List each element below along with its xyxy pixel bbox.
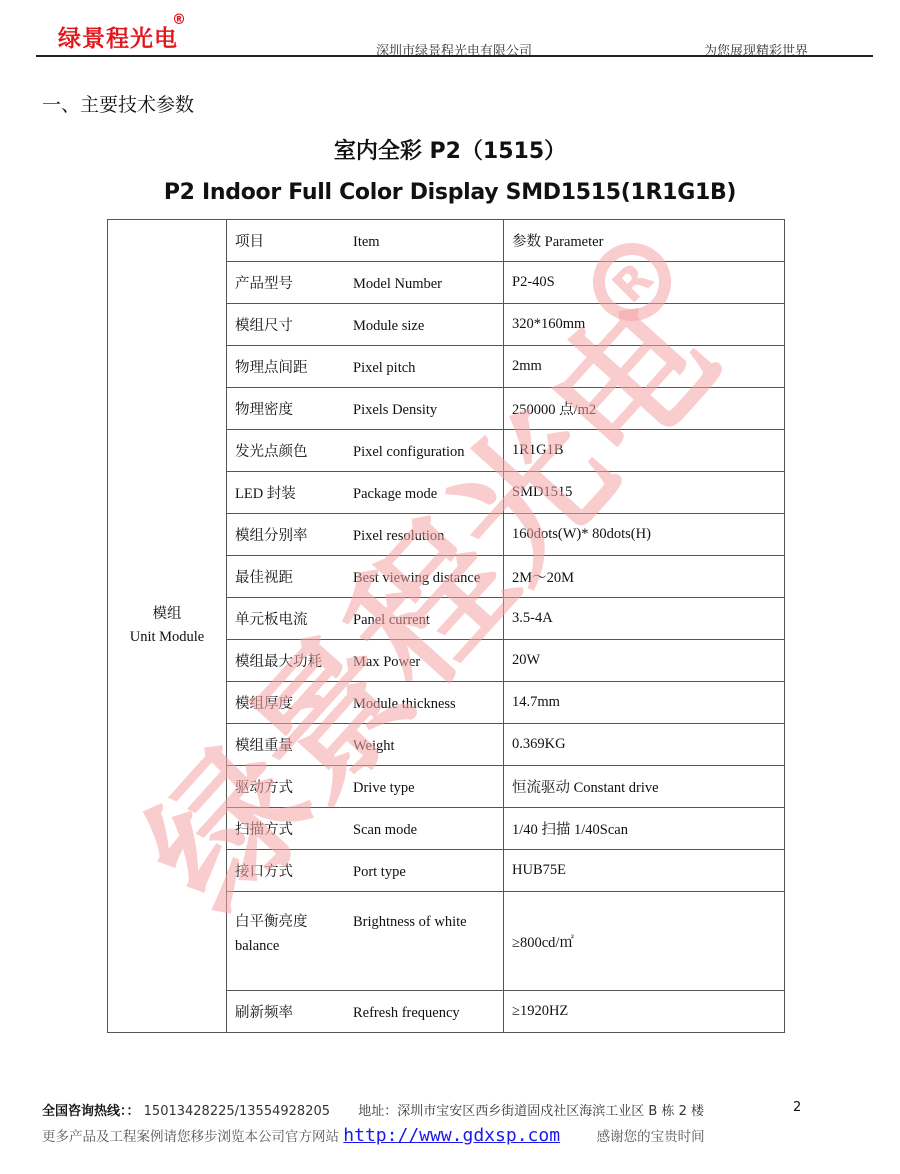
item-cn: 白平衡亮度 xyxy=(227,910,353,934)
item-cn: 模组分别率 xyxy=(227,524,353,545)
item-cell: 模组厚度Module thickness xyxy=(227,682,504,724)
header-divider xyxy=(36,55,873,57)
item-cn: 单元板电流 xyxy=(227,608,353,629)
section-title: 一、主要技术参数 xyxy=(42,90,194,117)
item-en: Package mode xyxy=(353,486,437,503)
header-item-en: Item xyxy=(353,234,380,251)
item-en: Port type xyxy=(353,864,406,881)
value-cell: 1R1G1B xyxy=(504,430,785,472)
item-en: Max Power xyxy=(353,654,420,671)
item-cn: 模组厚度 xyxy=(227,692,353,713)
header-item-cn: 项目 xyxy=(227,230,353,251)
value-cell: 恒流驱动 Constant drive xyxy=(504,766,785,808)
value-cell: ≥800cd/㎡ xyxy=(504,892,785,991)
item-en: Pixel configuration xyxy=(353,444,465,461)
item-en: Weight xyxy=(353,738,395,755)
item-cell: 模组尺寸Module size xyxy=(227,304,504,346)
value-cell: SMD1515 xyxy=(504,472,785,514)
value-cell: 2M～20M xyxy=(504,556,785,598)
item-en: Module size xyxy=(353,318,424,335)
item-cell: 扫描方式Scan mode xyxy=(227,808,504,850)
item-cn: 产品型号 xyxy=(227,272,353,293)
item-extra: balance xyxy=(227,938,279,954)
address-text: 深圳市宝安区西乡街道固戍社区海滨工业区 B 栋 2 楼 xyxy=(397,1104,704,1119)
value-cell: 3.5-4A xyxy=(504,598,785,640)
item-en: Refresh frequency xyxy=(353,1005,460,1022)
company-logo: 绿景程光电 xyxy=(58,20,178,53)
hotline-number: 15013428225/13554928205 xyxy=(144,1104,330,1119)
item-cell: 单元板电流Panel current xyxy=(227,598,504,640)
spec-table: 模组 Unit Module 项目Item 参数 Parameter 产品型号M… xyxy=(107,219,785,1033)
item-cell: 物理点间距Pixel pitch xyxy=(227,346,504,388)
item-cell: 物理密度Pixels Density xyxy=(227,388,504,430)
value-cell: ≥1920HZ xyxy=(504,991,785,1033)
group-label-cn: 模组 xyxy=(108,603,226,626)
item-en: Module thickness xyxy=(353,696,456,713)
footer-website-line: 更多产品及工程案例请您移步浏览本公司官方网站 http://www.gdxsp.… xyxy=(42,1125,705,1146)
value-cell: 1/40 扫描 1/40Scan xyxy=(504,808,785,850)
table-header-row: 模组 Unit Module 项目Item 参数 Parameter xyxy=(108,220,785,262)
item-cell: LED 封装Package mode xyxy=(227,472,504,514)
item-cn: 模组最大功耗 xyxy=(227,650,353,671)
item-cell: 最佳视距Best viewing distance xyxy=(227,556,504,598)
item-en: Pixel pitch xyxy=(353,360,415,377)
page-number: 2 xyxy=(793,1100,801,1115)
thanks-text: 感谢您的宝贵时间 xyxy=(597,1129,705,1145)
registered-mark-icon: ® xyxy=(172,12,186,28)
item-cell: 模组最大功耗Max Power xyxy=(227,640,504,682)
value-cell: 250000 点/m2 xyxy=(504,388,785,430)
product-title-en: P2 Indoor Full Color Display SMD1515(1R1… xyxy=(0,180,900,205)
item-cn: 模组重量 xyxy=(227,734,353,755)
value-cell: 320*160mm xyxy=(504,304,785,346)
item-en: Pixels Density xyxy=(353,402,437,419)
hotline-label: 全国咨询热线：： xyxy=(42,1104,140,1119)
item-cn: LED 封装 xyxy=(227,482,353,503)
website-link[interactable]: http://www.gdxsp.com xyxy=(343,1125,560,1146)
item-cell: 驱动方式Drive type xyxy=(227,766,504,808)
item-cn: 接口方式 xyxy=(227,860,353,881)
item-cn: 发光点颜色 xyxy=(227,440,353,461)
item-en: Scan mode xyxy=(353,822,417,839)
more-info-text: 更多产品及工程案例请您移步浏览本公司官方网站 xyxy=(42,1129,339,1145)
footer-contact: 全国咨询热线：： 15013428225/13554928205 地址：深圳市宝… xyxy=(42,1100,704,1119)
product-title-cn: 室内全彩 P2（1515） xyxy=(0,134,900,165)
header-value-cell: 参数 Parameter xyxy=(504,220,785,262)
item-cn: 物理密度 xyxy=(227,398,353,419)
item-cell: 刷新频率Refresh frequency xyxy=(227,991,504,1033)
item-en: Panel current xyxy=(353,612,430,629)
item-cell: 模组分别率Pixel resolution xyxy=(227,514,504,556)
item-cn: 扫描方式 xyxy=(227,818,353,839)
group-label-cell: 模组 Unit Module xyxy=(108,220,227,1033)
item-cell: 接口方式Port type xyxy=(227,850,504,892)
item-cell: 白平衡亮度Brightness of whitebalance xyxy=(227,892,504,991)
item-en: Pixel resolution xyxy=(353,528,444,545)
value-cell: 14.7mm xyxy=(504,682,785,724)
item-cell: 模组重量Weight xyxy=(227,724,504,766)
group-label-en: Unit Module xyxy=(108,626,226,649)
item-cn: 刷新频率 xyxy=(227,1001,353,1022)
item-en: Drive type xyxy=(353,780,415,797)
item-cn: 物理点间距 xyxy=(227,356,353,377)
item-en: Model Number xyxy=(353,276,442,293)
address-label: 地址： xyxy=(358,1104,397,1119)
item-cn: 驱动方式 xyxy=(227,776,353,797)
item-cell: 发光点颜色Pixel configuration xyxy=(227,430,504,472)
value-cell: HUB75E xyxy=(504,850,785,892)
value-cell: 160dots(W)* 80dots(H) xyxy=(504,514,785,556)
value-cell: P2-40S xyxy=(504,262,785,304)
header-item-cell: 项目Item xyxy=(227,220,504,262)
item-en: Brightness of white xyxy=(353,910,467,934)
value-cell: 20W xyxy=(504,640,785,682)
value-cell: 0.369KG xyxy=(504,724,785,766)
item-cell: 产品型号Model Number xyxy=(227,262,504,304)
item-en: Best viewing distance xyxy=(353,570,480,587)
value-cell: 2mm xyxy=(504,346,785,388)
page-header: 绿景程光电 ® 深圳市绿景程光电有限公司 为您展现精彩世界 xyxy=(0,0,900,60)
item-cn: 模组尺寸 xyxy=(227,314,353,335)
item-cn: 最佳视距 xyxy=(227,566,353,587)
